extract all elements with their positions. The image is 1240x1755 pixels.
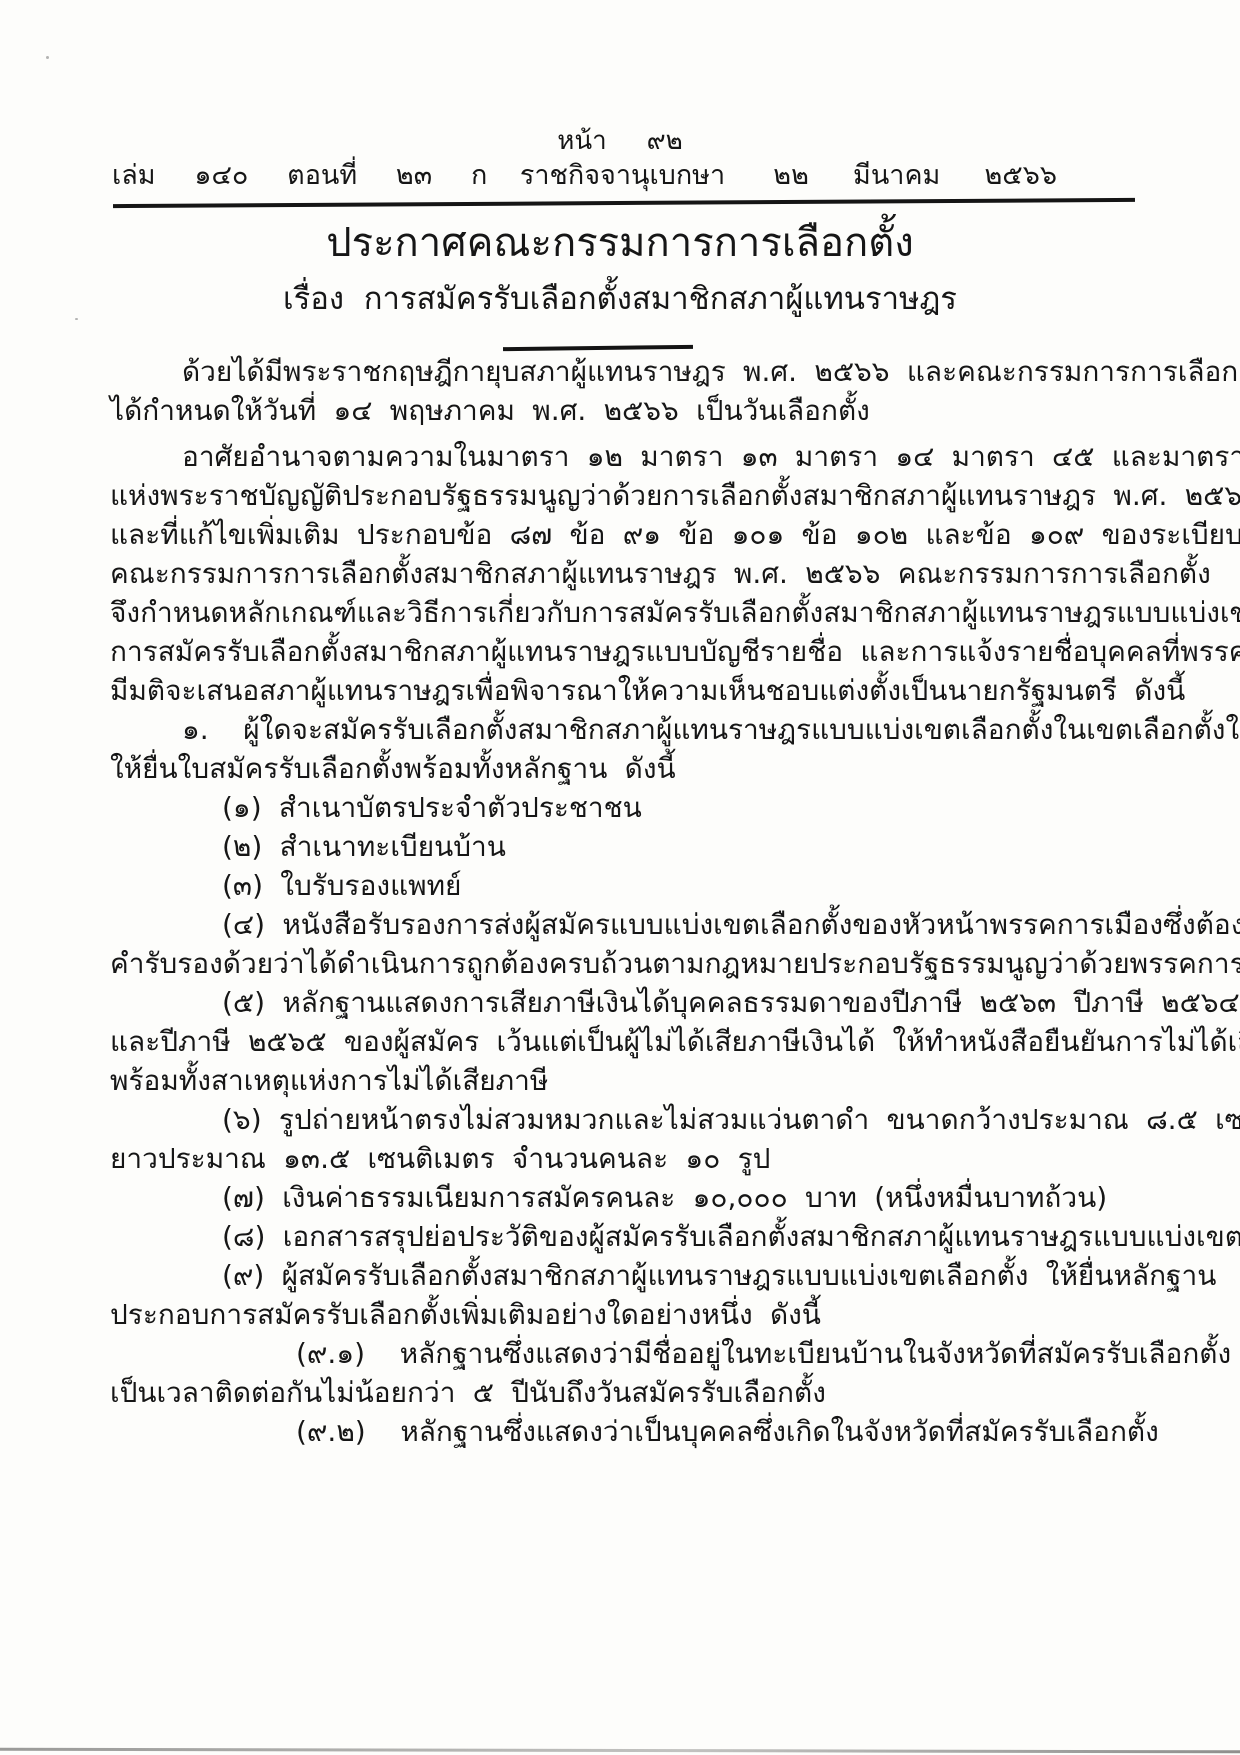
body-line: (๓) ใบรับรองแพทย์ [110, 866, 1138, 905]
body-line: คณะกรรมการการเลือกตั้งสมาชิกสภาผู้แทนราษ… [110, 554, 1138, 593]
title-divider [503, 345, 693, 351]
body-line: จึงกำหนดหลักเกณฑ์และวิธีการเกี่ยวกับการส… [110, 593, 1138, 632]
body-line: ประกอบการสมัครรับเลือกตั้งเพิ่มเติมอย่าง… [110, 1295, 1138, 1334]
body-line: (๙.๒) หลักฐานซึ่งแสดงว่าเป็นบุคคลซึ่งเกิ… [110, 1412, 1138, 1451]
announcement-body: ด้วยได้มีพระราชกฤษฎีกายุบสภาผู้แทนราษฎร … [110, 352, 1138, 1451]
body-line: และปีภาษี ๒๕๖๕ ของผู้สมัคร เว้นแต่เป็นผู… [110, 1022, 1138, 1061]
body-line: (๙.๑) หลักฐานซึ่งแสดงว่ามีชื่ออยู่ในทะเบ… [110, 1334, 1138, 1373]
body-line: ยาวประมาณ ๑๓.๕ เซนติเมตร จำนวนคนละ ๑๐ รู… [110, 1139, 1138, 1178]
body-line: ด้วยได้มีพระราชกฤษฎีกายุบสภาผู้แทนราษฎร … [110, 352, 1138, 391]
body-line: (๘) เอกสารสรุปย่อประวัติของผู้สมัครรับเล… [110, 1217, 1138, 1256]
body-line: การสมัครรับเลือกตั้งสมาชิกสภาผู้แทนราษฎร… [110, 632, 1138, 671]
announcement-subject: เรื่อง การสมัครรับเลือกตั้งสมาชิกสภาผู้แ… [0, 277, 1240, 321]
body-line: อาศัยอำนาจตามความในมาตรา ๑๒ มาตรา ๑๓ มาต… [110, 437, 1138, 476]
scan-speck [75, 318, 78, 320]
body-line: มีมติจะเสนอสภาผู้แทนราษฎรเพื่อพิจารณาให้… [110, 671, 1138, 710]
body-line: (๙) ผู้สมัครรับเลือกตั้งสมาชิกสภาผู้แทนร… [110, 1256, 1138, 1295]
page-number-label: หน้า ๙๒ [0, 124, 1240, 158]
body-line: คำรับรองด้วยว่าได้ดำเนินการถูกต้องครบถ้ว… [110, 944, 1138, 983]
body-line: (๒) สำเนาทะเบียนบ้าน [110, 827, 1138, 866]
body-line: แห่งพระราชบัญญัติประกอบรัฐธรรมนูญว่าด้วย… [110, 476, 1138, 515]
body-line: (๔) หนังสือรับรองการส่งผู้สมัครแบบแบ่งเข… [110, 905, 1138, 944]
publication-date: ๒๒ มีนาคม ๒๕๖๖ [773, 158, 1057, 194]
body-line: ได้กำหนดให้วันที่ ๑๔ พฤษภาคม พ.ศ. ๒๕๖๖ เ… [110, 391, 1138, 430]
scan-edge [0, 1748, 1240, 1754]
body-line: ๑. ผู้ใดจะสมัครรับเลือกตั้งสมาชิกสภาผู้แ… [110, 710, 1138, 749]
scan-speck [46, 56, 49, 59]
gazette-header-row: เล่ม ๑๔๐ ตอนที่ ๒๓ ก ราชกิจจานุเบกษา ๒๒ … [110, 158, 1135, 194]
gazette-page: หน้า ๙๒ เล่ม ๑๔๐ ตอนที่ ๒๓ ก ราชกิจจานุเ… [0, 0, 1240, 1755]
body-line: (๕) หลักฐานแสดงการเสียภาษีเงินได้บุคคลธร… [110, 983, 1138, 1022]
body-line: พร้อมทั้งสาเหตุแห่งการไม่ได้เสียภาษี [110, 1061, 1138, 1100]
body-line: (๑) สำเนาบัตรประจำตัวประชาชน [110, 788, 1138, 827]
header-rule [113, 198, 1135, 208]
body-line: เป็นเวลาติดต่อกันไม่น้อยกว่า ๕ ปีนับถึงว… [110, 1373, 1138, 1412]
body-line: (๖) รูปถ่ายหน้าตรงไม่สวมหมวกและไม่สวมแว่… [110, 1100, 1138, 1139]
announcement-title: ประกาศคณะกรรมการการเลือกตั้ง [0, 216, 1240, 270]
body-line: และที่แก้ไขเพิ่มเติม ประกอบข้อ ๘๗ ข้อ ๙๑… [110, 515, 1138, 554]
body-line: ให้ยื่นใบสมัครรับเลือกตั้งพร้อมทั้งหลักฐ… [110, 749, 1138, 788]
body-line: (๗) เงินค่าธรรมเนียมการสมัครคนละ ๑๐,๐๐๐ … [110, 1178, 1138, 1217]
